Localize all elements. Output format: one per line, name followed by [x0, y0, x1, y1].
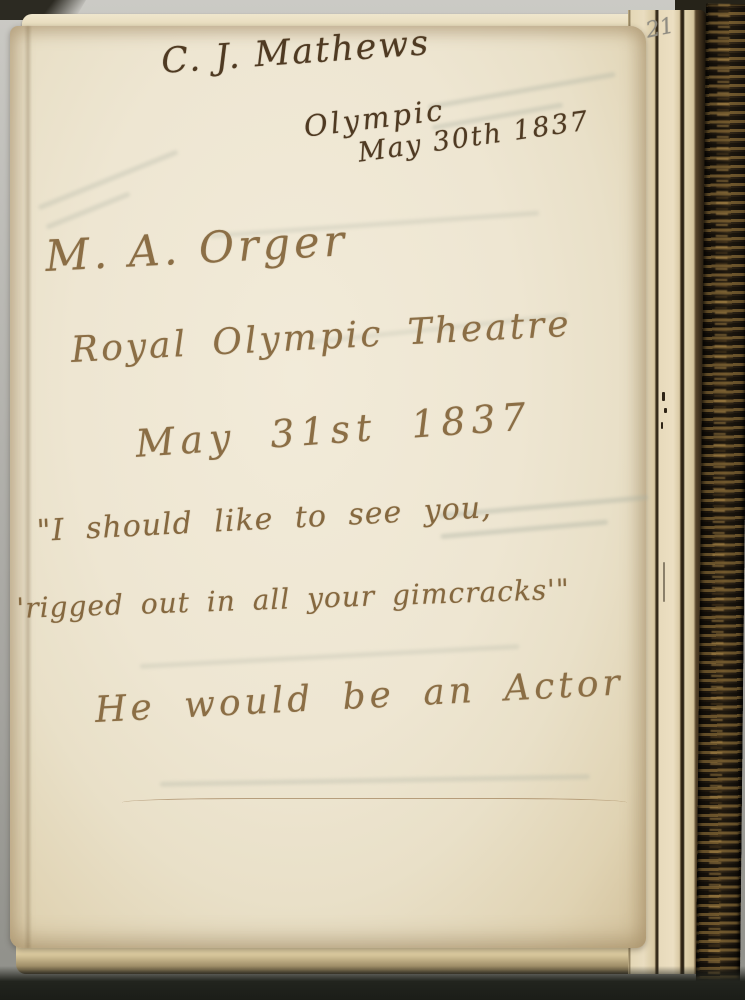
- gutter-fold-line: [24, 26, 32, 948]
- ink-speck: [662, 392, 665, 401]
- play-title-he-would-be-an-actor: He would be an Actor: [94, 662, 625, 731]
- ink-speck: [661, 422, 663, 429]
- quote-line-1: "I should like to see you,: [36, 490, 492, 549]
- quote-line-2: 'rigged out in all your gimcracks'": [16, 573, 570, 625]
- ink-rule-line: [122, 798, 627, 807]
- ink-speck: [664, 408, 667, 413]
- album-page: C. J. Mathews Olympic May 30th 1837 M. A…: [10, 26, 646, 948]
- venue-royal-olympic-theatre: Royal Olympic Theatre: [70, 304, 573, 371]
- book-bottom-shadow: [0, 966, 745, 1000]
- date-may-31-1837: May 31st 1837: [134, 394, 533, 466]
- photo-of-autograph-album-page: C. J. Mathews Olympic May 30th 1837 M. A…: [0, 0, 745, 1000]
- ink-speck: [663, 562, 665, 602]
- name-m-a-orger: M. A. Orger: [44, 216, 349, 282]
- gold-tooling-pattern: [708, 4, 730, 990]
- signature-c-j-mathews: C. J. Mathews: [160, 23, 431, 82]
